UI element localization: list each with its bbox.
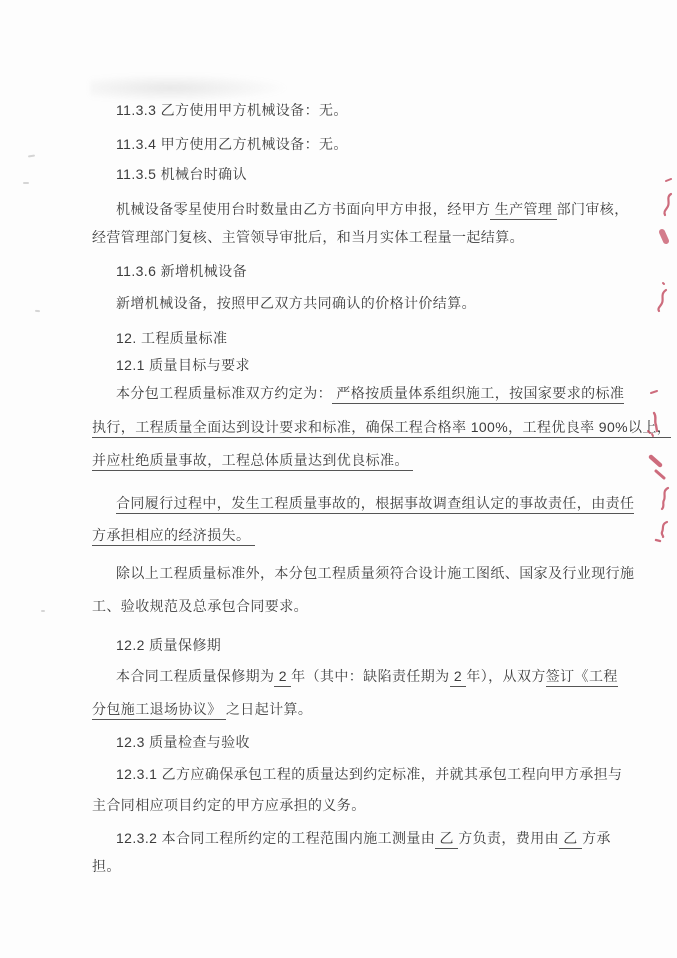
scanned-page: 11.3.3 乙方使用甲方机械设备：无。11.3.4 甲方使用乙方机械设备：无。… <box>0 0 677 958</box>
text-segment: 新增机械设备，按照甲乙双方共同确认的价格计价结算。 <box>116 295 476 311</box>
text-segment: 方负责，费用由 <box>458 830 559 846</box>
text-segment: 11.3.4 甲方使用乙方机械设备：无。 <box>116 136 348 152</box>
text-segment: 本合同工程质量保修期为 <box>116 668 274 684</box>
text-line: 12. 工程质量标准 <box>116 330 227 347</box>
red-seal-ink-marks-icon <box>640 170 676 550</box>
document-body: 11.3.3 乙方使用甲方机械设备：无。11.3.4 甲方使用乙方机械设备：无。… <box>0 0 677 958</box>
text-segment: 12.3.2 本合同工程所约定的工程范围内施工测量由 <box>116 830 435 846</box>
text-segment: 机械设备零星使用台时数量由乙方书面向甲方申报，经甲方 <box>116 201 490 217</box>
text-segment: 12.2 质量保修期 <box>116 637 221 653</box>
underlined-text: 并应杜绝质量事故，工程总体质量达到优良标准。 <box>92 452 413 471</box>
text-line: 机械设备零星使用台时数量由乙方书面向甲方申报，经甲方 生产管理 部门审核， <box>116 201 629 218</box>
text-segment: 年（其中：缺陷责任期为 <box>291 668 449 684</box>
text-line: 担。 <box>92 858 121 875</box>
text-segment: 11.3.6 新增机械设备 <box>116 263 247 279</box>
text-line: 11.3.6 新增机械设备 <box>116 263 247 280</box>
text-segment: 12.1 质量目标与要求 <box>116 357 250 373</box>
underlined-text: 方承担相应的经济损失。 <box>92 527 255 546</box>
text-line: 本合同工程质量保修期为 2 年（其中：缺陷责任期为 2 年），从双方签订《工程 <box>116 668 618 685</box>
underlined-text: 签订《工程 <box>546 668 618 687</box>
text-line: 并应杜绝质量事故，工程总体质量达到优良标准。 <box>92 452 413 469</box>
text-line: 11.3.3 乙方使用甲方机械设备：无。 <box>116 102 348 119</box>
text-line: 12.3.2 本合同工程所约定的工程范围内施工测量由 乙 方负责，费用由 乙 方… <box>116 830 611 847</box>
text-line: 12.1 质量目标与要求 <box>116 357 250 374</box>
underlined-text: 2 <box>274 668 291 687</box>
text-line: 主合同相应项目约定的甲方应承担的义务。 <box>92 797 366 814</box>
text-line: 新增机械设备，按照甲乙双方共同确认的价格计价结算。 <box>116 295 476 312</box>
underlined-text: 生产管理 <box>490 201 556 220</box>
text-segment: 除以上工程质量标准外，本分包工程质量须符合设计施工图纸、国家及行业现行施 <box>116 565 634 581</box>
text-line: 经营管理部门复核、主管领导审批后，和当月实体工程量一起结算。 <box>92 229 524 246</box>
text-segment: 12. 工程质量标准 <box>116 330 227 346</box>
underlined-text: 分包施工退场协议》 <box>92 701 226 720</box>
text-line: 合同履行过程中，发生工程质量事故的，根据事故调查组认定的事故责任，由责任 <box>116 495 634 512</box>
text-segment: 年），从双方 <box>466 668 545 684</box>
text-segment: 本分包工程质量标准双方约定为： <box>116 385 332 401</box>
text-segment: 部门审核， <box>557 201 629 217</box>
text-line: 12.3 质量检查与验收 <box>116 734 250 751</box>
text-line: 12.2 质量保修期 <box>116 637 221 654</box>
text-segment: 12.3 质量检查与验收 <box>116 734 250 750</box>
underlined-text: 严格按质量体系组织施工，按国家要求的标准 <box>332 385 624 404</box>
underlined-text: 乙 <box>559 830 582 849</box>
text-line: 方承担相应的经济损失。 <box>92 527 255 544</box>
text-segment: 之日起计算。 <box>226 701 312 717</box>
text-segment: 工、验收规范及总承包合同要求。 <box>92 598 308 614</box>
text-line: 11.3.5 机械台时确认 <box>116 166 247 183</box>
text-segment: 方承 <box>582 830 611 846</box>
text-segment: 11.3.3 乙方使用甲方机械设备：无。 <box>116 102 348 118</box>
text-line: 11.3.4 甲方使用乙方机械设备：无。 <box>116 136 348 153</box>
underlined-text: 执行，工程质量全面达到设计要求和标准，确保工程合格率 100%，工程优良率 90… <box>92 419 671 438</box>
underlined-text: 合同履行过程中，发生工程质量事故的，根据事故调查组认定的事故责任，由责任 <box>116 495 634 514</box>
text-line: 工、验收规范及总承包合同要求。 <box>92 598 308 615</box>
text-line: 除以上工程质量标准外，本分包工程质量须符合设计施工图纸、国家及行业现行施 <box>116 565 634 582</box>
text-segment: 11.3.5 机械台时确认 <box>116 166 247 182</box>
text-segment: 12.3.1 乙方应确保承包工程的质量达到约定标准，并就其承包工程向甲方承担与 <box>116 766 622 782</box>
text-line: 分包施工退场协议》 之日起计算。 <box>92 701 312 718</box>
text-segment: 担。 <box>92 858 121 874</box>
text-line: 12.3.1 乙方应确保承包工程的质量达到约定标准，并就其承包工程向甲方承担与 <box>116 766 622 783</box>
text-segment: 主合同相应项目约定的甲方应承担的义务。 <box>92 797 366 813</box>
text-line: 执行，工程质量全面达到设计要求和标准，确保工程合格率 100%，工程优良率 90… <box>92 419 671 436</box>
text-segment: 经营管理部门复核、主管领导审批后，和当月实体工程量一起结算。 <box>92 229 524 245</box>
underlined-text: 2 <box>450 668 467 687</box>
text-line: 本分包工程质量标准双方约定为： 严格按质量体系组织施工，按国家要求的标准 <box>116 385 624 402</box>
underlined-text: 乙 <box>435 830 458 849</box>
